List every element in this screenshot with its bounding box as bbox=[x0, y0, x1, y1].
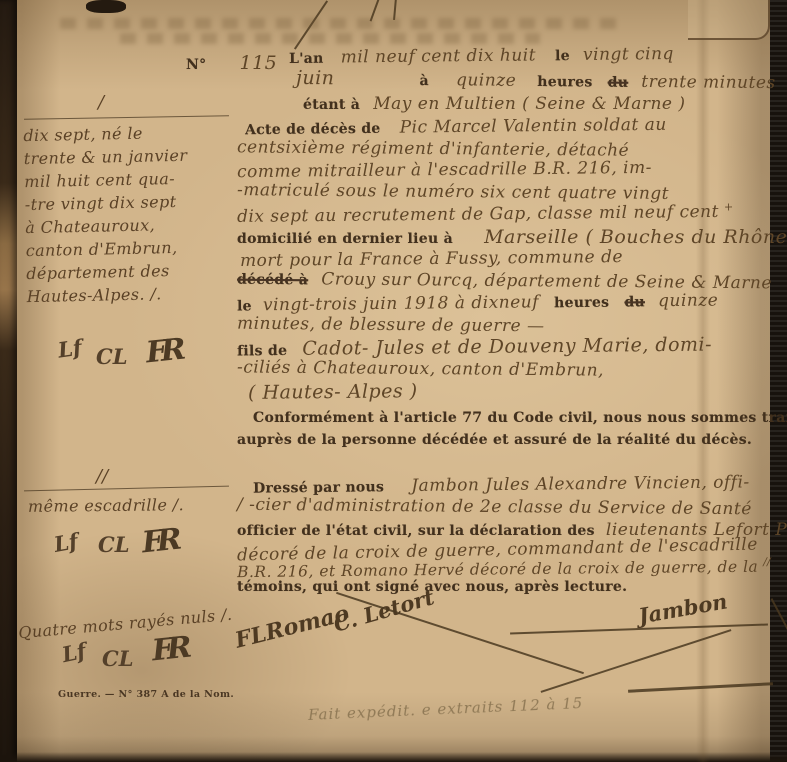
hw-parents-domicile: -ciliés à Chateauroux, canton d'Embrun, bbox=[237, 357, 604, 380]
margin-initials-lf: Lf bbox=[52, 528, 80, 557]
scan-bottom-shadow bbox=[0, 752, 787, 762]
hw-deceased-name: Pic Marcel Valentin soldat au bbox=[400, 115, 667, 138]
printed-dresse-par-nous: Dressé par nous bbox=[253, 479, 384, 496]
margin-rule-1 bbox=[24, 115, 229, 120]
hw-mort-pour-la-france: mort pour la France à Fussy, commune de bbox=[240, 247, 623, 271]
hw-parents: Cadot- Jules et de Douveny Marie, domi- bbox=[302, 334, 712, 360]
act-line-7: -matriculé sous le numéro six cent quatr… bbox=[237, 180, 669, 204]
book-binding-edge bbox=[0, 0, 17, 762]
margin-initials-monogram: FR bbox=[150, 630, 187, 668]
act-line-20: / -cier d'administration de 2e classe du… bbox=[237, 495, 752, 519]
hw-hour: quinze bbox=[456, 70, 516, 91]
hw-domicile: Marseille ( Bouches du Rhône ) bbox=[484, 226, 787, 248]
form-reference-text: Guerre. — N° 387 A de la Nom. bbox=[58, 689, 234, 700]
renvoi-mark-2: // bbox=[96, 466, 108, 487]
act-line-4: Acte de décès de Pic Marcel Valentin sol… bbox=[245, 115, 667, 139]
printed-heures: heures bbox=[554, 295, 609, 312]
hw-place: May en Multien ( Seine & Marne ) bbox=[373, 94, 685, 114]
printed-le: le bbox=[555, 48, 570, 64]
registry-number: N° 115 bbox=[186, 52, 277, 74]
margin-initials-cl: CL bbox=[96, 344, 127, 369]
act-line-15: -ciliés à Chateauroux, canton d'Embrun, bbox=[237, 357, 604, 380]
paper-crease bbox=[696, 0, 710, 762]
printed-decede-a-struck: décédé à bbox=[237, 272, 308, 289]
margin-note-line: Hautes-Alpes. /. bbox=[26, 281, 231, 308]
printed-du-struck: du bbox=[608, 75, 629, 91]
hw-officer-name: Jambon Jules Alexandre Vincien, offi- bbox=[411, 472, 750, 496]
hw-officer-title: / -cier d'administration de 2e classe du… bbox=[237, 495, 752, 519]
hw-departement: ( Hautes- Alpes ) bbox=[248, 380, 418, 404]
act-line-5: centsixième régiment d'infanterie, détac… bbox=[237, 137, 629, 160]
renvoi-mark-1: / bbox=[98, 92, 104, 113]
scan-right-edge bbox=[770, 0, 787, 762]
hw-matricule: -matriculé sous le numéro six cent quatr… bbox=[237, 180, 669, 204]
hw-death-date: vingt-trois juin 1918 à dixneuf bbox=[263, 292, 539, 315]
act-line-19: Dressé par nous Jambon Jules Alexandre V… bbox=[253, 472, 750, 497]
act-line-11: décédé à Crouy sur Ourcq, département de… bbox=[237, 269, 772, 294]
act-line-10: mort pour la France à Fussy, commune de bbox=[240, 247, 623, 271]
margin-initials-lf: Lf bbox=[60, 638, 88, 667]
act-line-8: dix sept au recrutement de Gap, classe m… bbox=[237, 200, 733, 227]
hw-regiment: centsixième régiment d'infanterie, détac… bbox=[237, 137, 629, 160]
printed-le: le bbox=[237, 298, 252, 314]
hw-escadrille: comme mitrailleur à l'escadrille B.R. 21… bbox=[237, 158, 652, 182]
act-line-17: Conformément à l'article 77 du Code civi… bbox=[253, 407, 787, 426]
ink-bleedthrough bbox=[60, 18, 620, 29]
hw-recrutement: dix sept au recrutement de Gap, classe m… bbox=[237, 202, 719, 227]
act-line-18: auprès de la personne décédée et assuré … bbox=[237, 429, 752, 448]
act-line-14: fils de Cadot- Jules et de Douveny Marie… bbox=[237, 334, 712, 361]
margin-note-line: Quatre mots rayés nuls /. bbox=[18, 605, 233, 643]
renvoi-mark-inline-2: // bbox=[763, 555, 771, 568]
registry-number-label: N° bbox=[186, 57, 206, 73]
printed-etant-a: étant à bbox=[303, 97, 360, 113]
printed-du-struck: du bbox=[624, 294, 645, 310]
margin-initials-cl: CL bbox=[102, 646, 133, 671]
margin-initials-cl: CL bbox=[98, 532, 129, 557]
renvoi-mark-inline-1: + bbox=[724, 200, 733, 213]
hw-death-minutes: quinze bbox=[658, 290, 718, 311]
act-line-9: domicilié en dernier lieu à Marseille ( … bbox=[237, 226, 787, 248]
margin-initials-lf: Lf bbox=[56, 334, 83, 362]
printed-acte-de-deces: Acte de décès de bbox=[245, 121, 381, 138]
printed-declaration-des: officier de l'état civil, sur la déclara… bbox=[237, 523, 595, 539]
act-line-6: comme mitrailleur à l'escadrille B.R. 21… bbox=[237, 158, 652, 182]
printed-article77-1: Conformément à l'article 77 du Code civi… bbox=[253, 410, 787, 426]
margin-note-erasures: Quatre mots rayés nuls /. bbox=[17, 603, 233, 645]
stamp-box-outline bbox=[688, 0, 770, 40]
act-line-2: juin à quinze heures du trente minutes bbox=[296, 67, 776, 93]
margin-initials-monogram: FR bbox=[140, 522, 177, 560]
act-line-3: étant à May en Multien ( Seine & Marne ) bbox=[303, 94, 686, 114]
ink-bleedthrough bbox=[120, 33, 540, 44]
ink-smudge bbox=[86, 0, 126, 13]
act-line-16: ( Hautes- Alpes ) bbox=[248, 380, 418, 404]
margin-initials-monogram: FR bbox=[144, 332, 181, 370]
hw-month: juin bbox=[296, 67, 335, 89]
act-line-12: le vingt-trois juin 1918 à dixneuf heure… bbox=[237, 290, 719, 315]
printed-domicilie: domicilié en dernier lieu à bbox=[237, 231, 453, 247]
hw-death-cause: minutes, de blessure de guerre — bbox=[237, 314, 545, 337]
margin-note-escadrille: même escadrille /. bbox=[28, 493, 184, 518]
scanned-death-certificate: N° 115 / dix sept, né le trente & un jan… bbox=[0, 0, 787, 762]
hw-day: vingt cinq bbox=[583, 44, 674, 65]
pencil-annotation: Fait expédit. e extraits 112 à 15 bbox=[308, 694, 584, 724]
signature-jambon: Jambon bbox=[637, 588, 730, 628]
form-reference: Guerre. — N° 387 A de la Nom. bbox=[58, 682, 234, 701]
printed-a: à bbox=[419, 73, 429, 89]
hw-year: mil neuf cent dix huit bbox=[341, 45, 536, 67]
printed-lan: L'an bbox=[289, 51, 324, 67]
act-line-13: minutes, de blessure de guerre — bbox=[237, 314, 545, 337]
registry-number-value: 115 bbox=[240, 52, 278, 74]
margin-note-birth: dix sept, né le trente & un janvier mil … bbox=[23, 120, 232, 308]
hw-minutes: trente minutes bbox=[641, 72, 776, 93]
printed-heures: heures bbox=[537, 74, 592, 90]
printed-article77-2: auprès de la personne décédée et assuré … bbox=[237, 432, 752, 448]
margin-note-line: même escadrille /. bbox=[28, 495, 184, 516]
act-line-1: L'an mil neuf cent dix huit le vingt cin… bbox=[289, 44, 674, 68]
margin-rule-2 bbox=[24, 486, 229, 492]
